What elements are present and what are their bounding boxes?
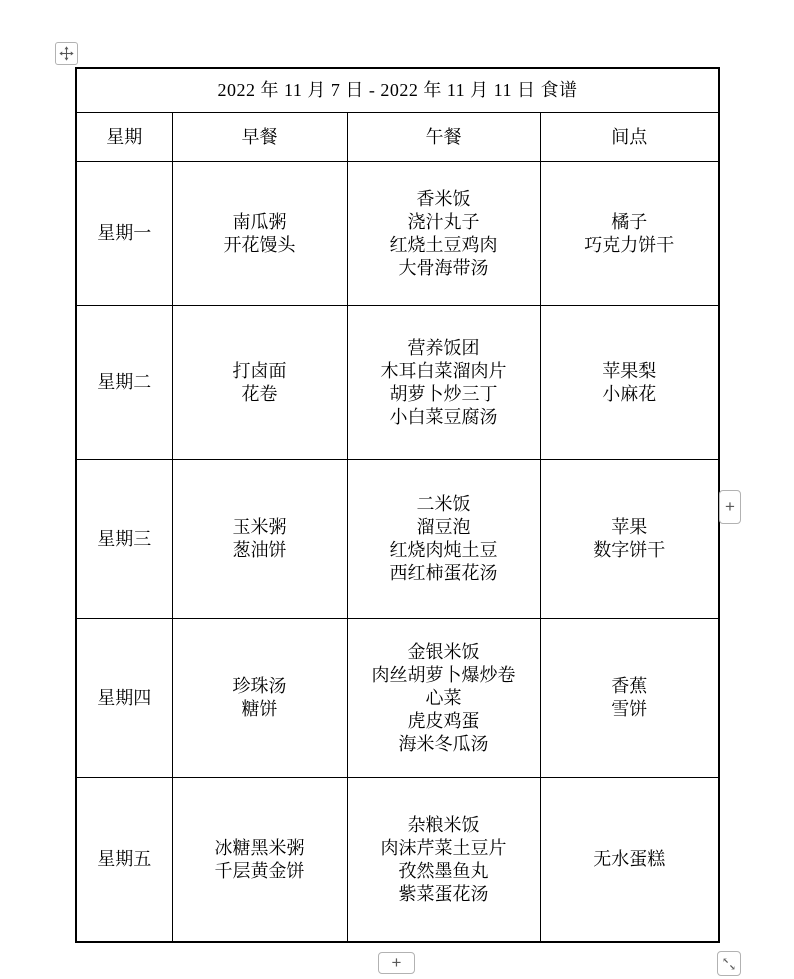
table-move-handle[interactable] — [55, 42, 78, 65]
table-row: 星期四 珍珠汤 糖饼 金银米饭 肉丝胡萝卜爆炒卷 心菜 虎皮鸡蛋 海米冬瓜汤 香… — [76, 619, 719, 778]
cell-breakfast[interactable]: 玉米粥 葱油饼 — [172, 460, 347, 619]
menu-table: 2022 年 11 月 7 日 - 2022 年 11 月 11 日 食谱 星期… — [75, 67, 720, 943]
document-canvas: 2022 年 11 月 7 日 - 2022 年 11 月 11 日 食谱 星期… — [0, 0, 794, 979]
table-row: 星期五 冰糖黑米粥 千层黄金饼 杂粮米饭 肉沫芹菜土豆片 孜然墨鱼丸 紫菜蛋花汤… — [76, 778, 719, 943]
header-day[interactable]: 星期 — [76, 113, 172, 162]
cell-snack[interactable]: 橘子 巧克力饼干 — [540, 162, 719, 306]
cell-snack[interactable]: 香蕉 雪饼 — [540, 619, 719, 778]
plus-icon: + — [392, 953, 402, 973]
table-row: 星期二 打卤面 花卷 营养饭团 木耳白菜溜肉片 胡萝卜炒三丁 小白菜豆腐汤 苹果… — [76, 306, 719, 460]
cell-day[interactable]: 星期四 — [76, 619, 172, 778]
table-row: 星期三 玉米粥 葱油饼 二米饭 溜豆泡 红烧肉炖土豆 西红柿蛋花汤 苹果 数字饼… — [76, 460, 719, 619]
cell-snack[interactable]: 苹果梨 小麻花 — [540, 306, 719, 460]
cell-breakfast[interactable]: 冰糖黑米粥 千层黄金饼 — [172, 778, 347, 943]
cell-snack[interactable]: 无水蛋糕 — [540, 778, 719, 943]
move-icon — [59, 46, 74, 61]
cell-lunch[interactable]: 营养饭团 木耳白菜溜肉片 胡萝卜炒三丁 小白菜豆腐汤 — [347, 306, 540, 460]
cell-day[interactable]: 星期五 — [76, 778, 172, 943]
cell-day[interactable]: 星期一 — [76, 162, 172, 306]
cell-lunch[interactable]: 杂粮米饭 肉沫芹菜土豆片 孜然墨鱼丸 紫菜蛋花汤 — [347, 778, 540, 943]
header-snack[interactable]: 间点 — [540, 113, 719, 162]
header-breakfast[interactable]: 早餐 — [172, 113, 347, 162]
table-header-row: 星期 早餐 午餐 间点 — [76, 113, 719, 162]
cell-breakfast[interactable]: 珍珠汤 糖饼 — [172, 619, 347, 778]
header-lunch[interactable]: 午餐 — [347, 113, 540, 162]
insert-column-button[interactable]: + — [719, 490, 741, 524]
cell-snack[interactable]: 苹果 数字饼干 — [540, 460, 719, 619]
cell-day[interactable]: 星期三 — [76, 460, 172, 619]
table-title[interactable]: 2022 年 11 月 7 日 - 2022 年 11 月 11 日 食谱 — [76, 68, 719, 113]
cell-breakfast[interactable]: 南瓜粥 开花馒头 — [172, 162, 347, 306]
cell-lunch[interactable]: 金银米饭 肉丝胡萝卜爆炒卷 心菜 虎皮鸡蛋 海米冬瓜汤 — [347, 619, 540, 778]
cell-breakfast[interactable]: 打卤面 花卷 — [172, 306, 347, 460]
insert-row-button[interactable]: + — [378, 952, 415, 974]
table-resize-handle[interactable] — [717, 951, 741, 976]
cell-lunch[interactable]: 二米饭 溜豆泡 红烧肉炖土豆 西红柿蛋花汤 — [347, 460, 540, 619]
cell-day[interactable]: 星期二 — [76, 306, 172, 460]
plus-icon: + — [725, 497, 735, 517]
table-row: 星期一 南瓜粥 开花馒头 香米饭 浇汁丸子 红烧土豆鸡肉 大骨海带汤 橘子 巧克… — [76, 162, 719, 306]
table-title-row: 2022 年 11 月 7 日 - 2022 年 11 月 11 日 食谱 — [76, 68, 719, 113]
cell-lunch[interactable]: 香米饭 浇汁丸子 红烧土豆鸡肉 大骨海带汤 — [347, 162, 540, 306]
resize-diagonal-icon — [722, 957, 736, 971]
